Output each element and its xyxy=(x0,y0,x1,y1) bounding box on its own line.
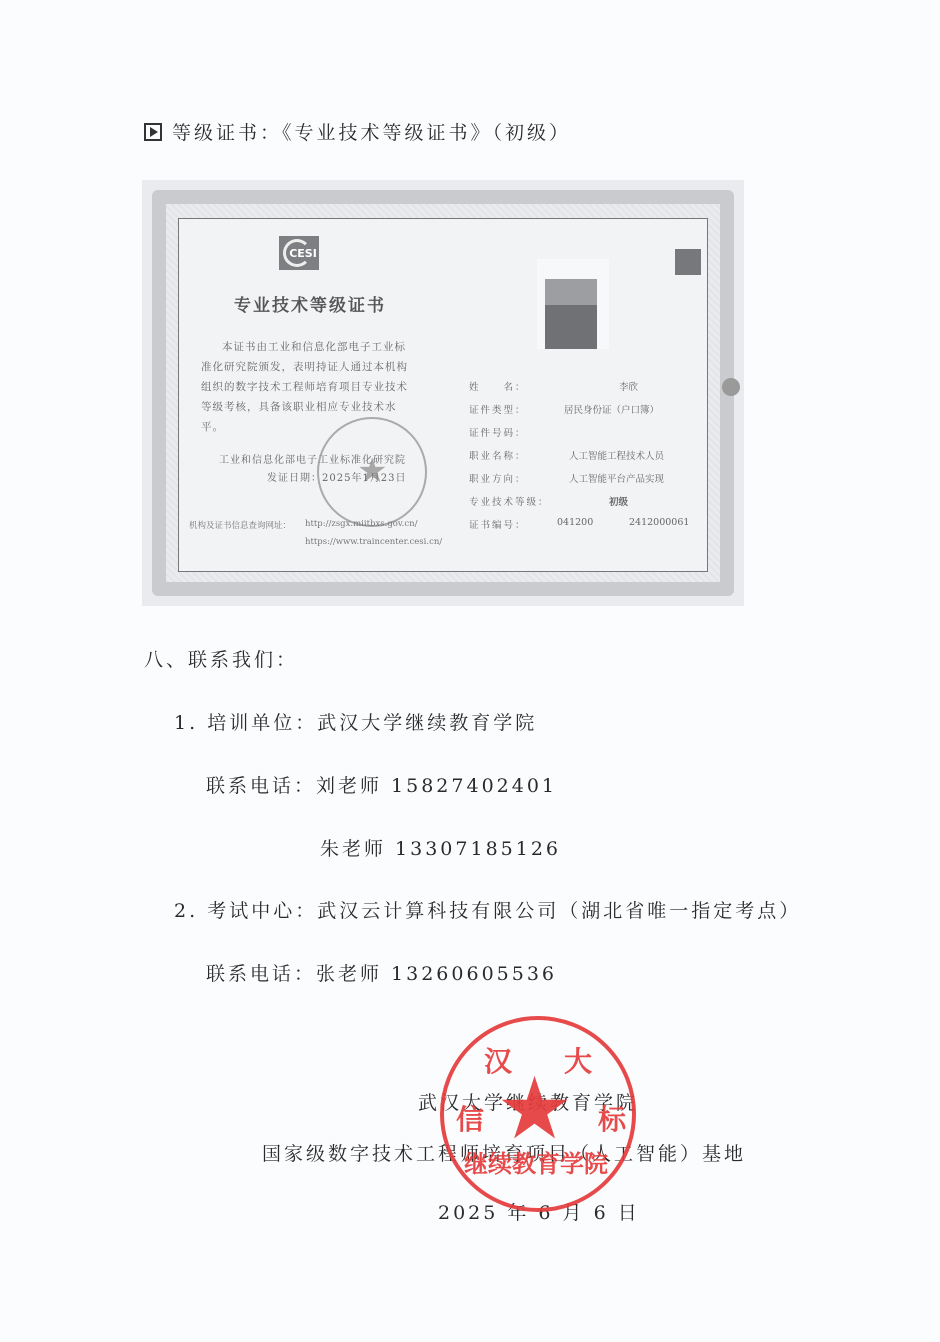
field-direction: 职业方向： 人工智能平台产品实现 xyxy=(469,471,551,485)
certificate-title: 专业技术等级证书 xyxy=(234,291,386,316)
certificate-url-1: http://zsgx.miitbxs.gov.cn/ xyxy=(305,519,417,529)
certificate-url-label: 机构及证书信息查询网址： xyxy=(189,519,291,531)
certificate-inner-panel: CESI 专业技术等级证书 本证书由工业和信息化部电子工业标准化研究院颁发，表明… xyxy=(178,218,708,572)
field-id-type: 证件类型： 居民身份证（户口簿） xyxy=(469,402,551,416)
signature-date: 2025 年 6 月 6 日 xyxy=(438,1198,640,1225)
field-certificate-number: 证书编号： 041200 2412000061 xyxy=(469,517,551,531)
play-icon xyxy=(144,123,162,141)
training-phone-1: 联系电话：刘老师 15827402401 xyxy=(206,771,557,798)
item-number: 1. xyxy=(174,712,198,734)
signature-organization: 武汉大学继续教育学院 xyxy=(418,1088,638,1115)
training-unit: 培训单位：武汉大学继续教育学院 xyxy=(207,712,537,734)
certificate-url-2: https://www.traincenter.cesi.cn/ xyxy=(305,537,442,547)
field-name: 姓 名： 李欣 xyxy=(469,379,551,393)
field-id-number: 证件号码： xyxy=(469,425,551,439)
certificate-issuer: 工业和信息化部电子工业标准化研究院 xyxy=(219,451,406,466)
cesi-logo-icon: CESI xyxy=(279,236,319,270)
exam-phone: 联系电话：张老师 13260605536 xyxy=(206,959,557,986)
field-occupation: 职业名称： 人工智能工程技术人员 xyxy=(469,448,551,462)
certificate-image: CESI 专业技术等级证书 本证书由工业和信息化部电子工业标准化研究院颁发，表明… xyxy=(142,180,744,606)
certificate-heading: 等级证书：《专业技术等级证书》（初级） xyxy=(144,118,571,145)
field-level: 专业技术等级： 初级 xyxy=(469,494,551,508)
training-phone-2: 朱老师 13307185126 xyxy=(320,834,561,861)
holder-photo xyxy=(545,279,597,305)
qr-code-icon xyxy=(675,249,701,275)
contact-item-exam: 2. 考试中心：武汉云计算科技有限公司（湖北省唯一指定考点） xyxy=(174,896,801,923)
certificate-issue-date: 发证日期：2025年1月23日 xyxy=(267,469,407,484)
exam-center: 考试中心：武汉云计算科技有限公司（湖北省唯一指定考点） xyxy=(207,900,801,922)
signature-base: 国家级数字技术工程师培育项目（人工智能）基地 xyxy=(262,1139,746,1166)
contact-item-training: 1. 培训单位：武汉大学继续教育学院 xyxy=(174,708,537,735)
item-number: 2. xyxy=(174,900,198,922)
certificate-heading-text: 等级证书：《专业技术等级证书》（初级） xyxy=(172,118,571,145)
certificate-border-knob xyxy=(722,378,740,396)
contact-section-title: 八、联系我们： xyxy=(144,645,298,672)
holder-photo-lower xyxy=(545,305,597,349)
